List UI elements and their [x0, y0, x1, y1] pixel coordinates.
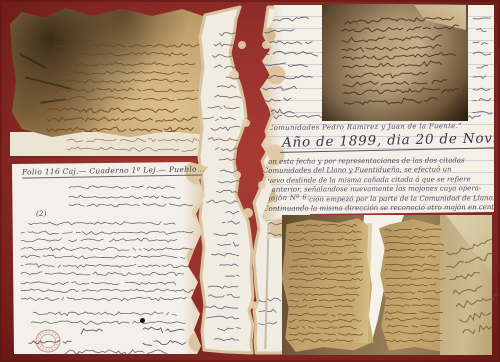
parchment-sheet: [10, 4, 216, 138]
strip-handwriting-scribble: [66, 135, 210, 153]
parchment-crack: [24, 76, 71, 90]
manuscript-report-page: Folio 116 Caj.— Cuaderno 1º Lej.— Pueblo…: [12, 162, 208, 354]
sepia-document-photo: [322, 4, 468, 121]
paper-strip: [10, 132, 217, 156]
page-corner-curl: [414, 5, 466, 30]
section-mark: (2): [36, 210, 47, 218]
report-paragraph-scribble: [20, 218, 196, 306]
deed-script-scribble: [46, 104, 206, 134]
margin-note: mojón Nº 6.: [264, 193, 310, 203]
codex-photo: [282, 215, 492, 355]
ink-stamp: [34, 328, 62, 354]
torn-left-half: [199, 7, 253, 353]
minute-paragraph: Con esta fecha y por representaciones de…: [263, 156, 492, 214]
collage-canvas: Comunidades Pedro Ramirez y Juan de la F…: [0, 0, 500, 362]
signature-scribble: [60, 347, 170, 355]
sepia-handwriting-scribble: [340, 16, 456, 112]
deed-script-scribble: [54, 40, 206, 104]
parchment-crack: [40, 98, 66, 103]
ink-dot: [140, 318, 145, 323]
paragraph-line: Continuando la misma dirección se recono…: [263, 203, 492, 214]
parchment-crack: [19, 53, 46, 68]
parchment-deed-photo: [10, 4, 217, 156]
closing-paragraph-scribble: [30, 308, 188, 328]
signature-scribble: [74, 326, 108, 336]
